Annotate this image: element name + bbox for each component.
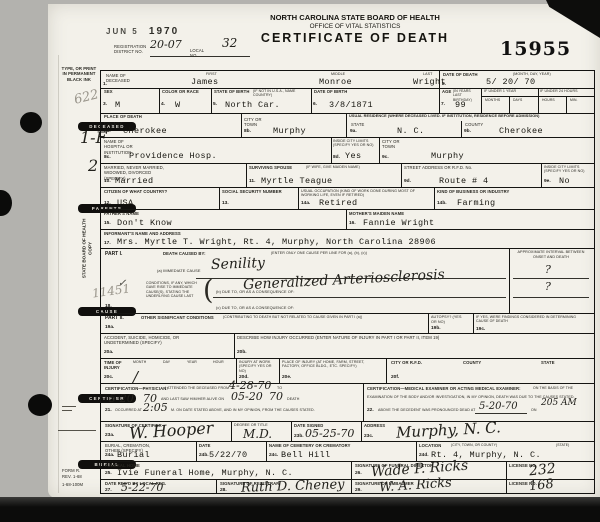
year-label: YEAR (187, 360, 197, 364)
inside-limits2-value: No (559, 176, 570, 186)
birth-state-sub: (IF NOT IN U.S.A., NAME COUNTRY) (253, 89, 305, 98)
rule (416, 441, 417, 461)
print-instruction: TYPE, OR PRINT IN PERMANENT BLACK INK (60, 66, 98, 82)
industry-label: KIND OF BUSINESS OR INDUSTRY (437, 189, 527, 194)
item-11: 11. (249, 179, 255, 184)
burial-type-value: Burial (117, 450, 150, 460)
date-of-death-sub: (MONTH, DAY, YEAR) (513, 72, 551, 76)
death-time-value: 2:05 (143, 401, 168, 414)
burial-date-value: 5/22/70 (209, 450, 248, 460)
sex-value: M (115, 100, 121, 110)
embalmer-license-value: 168 (528, 477, 554, 495)
residence-county-label: COUNTY (465, 122, 483, 127)
accident-label: ACCIDENT, SUICIDE, HOMICIDE, OR UNDETERM… (104, 335, 214, 346)
rule (159, 88, 160, 113)
occurred-at-text: OCCURRED AT (115, 408, 142, 412)
race-label: COLOR OR RACE (162, 89, 202, 94)
rule (234, 333, 235, 358)
usual-residence-label: USUAL RESIDENCE (WHERE DECEASED LIVED. I… (349, 114, 589, 119)
attended-text: I ATTENDED THE DECEASED FROM (165, 386, 229, 390)
item-14b: 14b. (437, 201, 447, 206)
days-label: DAYS (513, 98, 522, 102)
city-rfd-label: CITY OR R.F.D. (391, 360, 422, 365)
item-20e: 20e. (282, 375, 291, 380)
inside-limits2-label: INSIDE CITY LIMITS (SPECIFY YES OR NO) (544, 165, 586, 174)
form-revision: REV. 1-68 (62, 474, 82, 479)
conditions-note: CONDITIONS, IF ANY, WHICH GAVE RISE TO I… (146, 281, 202, 299)
punch-hole (28, 394, 52, 416)
date-received-value: 5-22-70 (121, 481, 163, 494)
death-word: DEATH (287, 397, 299, 401)
paper-crease (58, 55, 59, 493)
rule (361, 421, 362, 441)
registration-district-value: 20-07 (150, 38, 182, 51)
scanned-death-certificate: JUN 5 1970 NORTH CAROLINA STATE BOARD OF… (0, 0, 600, 522)
certification-physician-label: CERTIFICATION—PHYSICIAN: (105, 386, 168, 391)
rule (541, 163, 542, 187)
certificate-number: 15955 (500, 38, 571, 60)
months-label: MONTHS (485, 98, 500, 102)
hour-label: HOUR (213, 360, 224, 364)
injury-county-label: COUNTY (463, 360, 481, 365)
item-24c: 24c. (269, 453, 278, 458)
item-15: 15. (104, 221, 111, 226)
rule (101, 313, 594, 314)
rule (346, 113, 347, 137)
spouse-label: SURVIVING SPOUSE (249, 165, 292, 170)
item-9e: 9e. (544, 179, 551, 184)
death-county-label: COUNTY (104, 121, 122, 126)
certification-examiner-label: CERTIFICATION—MEDICAL EXAMINER OR ACTING… (367, 386, 527, 391)
attended-to-value: 5-20 (109, 392, 134, 405)
punch-hole (0, 190, 12, 216)
item-24d: 24d. (419, 453, 429, 458)
first-name-value: James (191, 77, 219, 87)
injury-state-label: STATE (541, 360, 555, 365)
rule (101, 441, 594, 442)
age-label: AGE (442, 89, 451, 94)
other-conditions-label: OTHER SIGNIFICANT CONDITIONS (141, 315, 214, 320)
month-label: MONTH (133, 360, 146, 364)
rule (246, 163, 247, 187)
citizen-value: USA (117, 198, 134, 208)
rule (101, 229, 594, 230)
copy-designation: STATE BOARD OF HEALTH COPY (82, 216, 95, 280)
rule (401, 163, 402, 187)
on-word: ON (531, 408, 537, 412)
item-14a: 14a. (301, 201, 310, 206)
rule (279, 358, 280, 383)
residence-state-value: N. C. (397, 126, 425, 136)
degree-value: M.D. (243, 427, 272, 441)
registration-district-label: REGISTRATION DISTRICT NO. (114, 44, 148, 55)
cemetery-label: NAME OF CEMETERY OR CREMATORY (269, 443, 350, 448)
hours-label: HOURS (542, 98, 555, 102)
other-conditions-sub: (CONTRIBUTING TO DEATH BUT NOT RELATED T… (223, 315, 413, 319)
interval-a-value: ? (545, 263, 551, 276)
rule (101, 479, 594, 480)
form-print-qty: 1-68-100M (62, 482, 83, 487)
location-sub2: (STATE) (556, 443, 569, 447)
rule (241, 113, 242, 137)
item-18: 18. (105, 304, 112, 309)
rule (461, 121, 462, 137)
item-9b: 9b. (464, 129, 471, 134)
item-8d: 8d. (333, 155, 340, 160)
local-no-value: 32 (222, 36, 237, 50)
rule (439, 88, 440, 113)
enter-only-label: (ENTER ONLY ONE CAUSE PER LINE FOR (a), … (271, 251, 367, 255)
rule (196, 441, 197, 461)
due-to-b-value: Generalized Arteriosclerosis (243, 267, 445, 294)
date-of-death-value: 5/ 20/ 70 (486, 77, 536, 87)
rule (331, 137, 332, 163)
item-28: 28. (220, 488, 227, 493)
rule (101, 163, 594, 164)
first-header: FIRST (206, 72, 217, 76)
pronounced-date-value: 5-20-70 (479, 401, 518, 412)
occurred-rest-text: M. ON DATE STATED ABOVE, AND IN MY OPINI… (171, 408, 356, 412)
alive-year-value: 70 (269, 390, 283, 403)
burial-date-label: DATE (199, 443, 211, 448)
spouse-value: Myrtle Teague (261, 176, 333, 186)
certificate-title: CERTIFICATE OF DEATH (250, 31, 460, 45)
item-12: 12. (104, 201, 111, 206)
item-5: 5. (213, 102, 217, 107)
rule (509, 96, 510, 113)
cemetery-value: Bell Hill (281, 450, 331, 460)
item-16: 16. (349, 221, 356, 226)
rule (211, 88, 212, 113)
item-8c: 8c. (104, 155, 111, 160)
item-10: 10. (104, 179, 111, 184)
place-of-injury-label: PLACE OF INJURY (AT HOME, FARM, STREET, … (282, 360, 382, 369)
item-9a: 9a. (350, 129, 357, 134)
under-1-year-label: IF UNDER 1 YEAR (484, 89, 534, 93)
birth-state-label: STATE OF BIRTH (214, 89, 249, 94)
part2-label: PART II. (105, 315, 124, 321)
board-name: NORTH CAROLINA STATE BOARD OF HEALTH (250, 13, 460, 22)
address-label: ADDRESS (364, 423, 385, 428)
item-23a: 23a. (105, 433, 114, 438)
item-21: 21. (105, 408, 112, 413)
brace-glyph: ( (203, 275, 214, 306)
marital-value: Married (115, 176, 154, 186)
punch-hole (20, 112, 42, 133)
rule (101, 461, 594, 462)
mother-label: MOTHER'S MAIDEN NAME (349, 211, 404, 216)
rule (216, 479, 217, 493)
margin-mark (62, 406, 76, 407)
item-6: 6. (313, 102, 317, 107)
name-of-deceased-label: NAME OF DECEASED (106, 73, 140, 84)
item-23c: 23c. (364, 434, 373, 439)
rule (509, 248, 510, 313)
funeral-home-value: Ivie Funeral Home, Murphy, N. C. (117, 468, 293, 478)
margin-mark (62, 410, 72, 411)
due-to-c-label: (c) DUE TO, OR AS A CONSEQUENCE OF: (216, 306, 294, 311)
certificate-form: NAME OF DECEASED 1. FIRST MIDDLE LAST Ja… (100, 70, 595, 494)
rule (219, 187, 220, 209)
received-date-stamp: JUN 5 1970 (106, 26, 179, 37)
item-3: 3. (103, 102, 107, 107)
cause-line-b (213, 297, 506, 298)
hospital-value: Providence Hosp. (129, 151, 217, 161)
date-of-death-label: DATE OF DEATH (443, 72, 478, 77)
father-label: FATHER'S NAME (104, 211, 139, 216)
item-25: 25. (105, 471, 112, 476)
item-7: 7. (441, 102, 445, 107)
injury-at-work-label: INJURY AT WORK (SPECIFY YES OR NO) (239, 360, 275, 373)
rule (386, 358, 387, 383)
spouse-sub: (IF WIFE, GIVE MAIDEN NAME) (306, 165, 361, 169)
interval-header: APPROXIMATE INTERVAL BETWEEN ONSET AND D… (515, 250, 587, 259)
location-label: LOCATION (419, 443, 441, 448)
residence-county-value: Cherokee (499, 126, 543, 136)
informant-value: Mrs. Myrtle T. Wright, Rt. 4, Murphy, No… (117, 237, 436, 247)
caused-by-label: DEATH CAUSED BY: (163, 251, 206, 256)
item-19a: 19a. (105, 325, 114, 330)
location-sub1: (CITY, TOWN, OR COUNTY) (451, 443, 497, 447)
rule (481, 88, 482, 113)
rule (101, 187, 594, 188)
place-of-death-label: PLACE OF DEATH (104, 114, 142, 119)
rule (101, 137, 594, 138)
item-20c: 20c. (104, 375, 113, 380)
item-4: 4. (161, 102, 165, 107)
interval-b-value: ? (545, 280, 551, 293)
item-20f: 20f. (391, 375, 399, 380)
rule (231, 421, 232, 441)
item-2: 2. (442, 82, 446, 87)
findings-label: IF YES, WERE FINDINGS CONSIDERED IN DETE… (476, 315, 586, 324)
item-24a: 24a. (105, 453, 114, 458)
item-22: 22. (367, 408, 374, 413)
item-19b: 19b. (431, 326, 441, 331)
rule (506, 461, 507, 479)
informant-label: INFORMANT'S NAME AND ADDRESS (104, 231, 181, 236)
interval-line-b (513, 297, 589, 298)
street-value: Route # 4 (439, 176, 489, 186)
rule (298, 187, 299, 209)
rule (538, 88, 539, 113)
scan-background (0, 497, 600, 522)
item-20a: 20a. (104, 350, 113, 355)
item-23b: 23b. (294, 434, 304, 439)
occupation-label: USUAL OCCUPATION (KIND OF WORK DONE DURI… (301, 189, 421, 198)
rule (291, 421, 292, 441)
rule (379, 137, 380, 163)
last-saw-text: AND LAST SAW HIM/HER ALIVE ON (161, 397, 224, 401)
industry-value: Farming (457, 198, 496, 208)
pronounced-text: ABOVE THE DECEDENT WAS PRONOUNCED DEAD A… (378, 408, 483, 412)
middle-name-value: Monroe (319, 77, 352, 87)
sex-label: SEX (104, 89, 113, 94)
race-value: W (175, 100, 181, 110)
residence-city-label: CITY OR TOWN (382, 139, 406, 150)
rule (428, 313, 429, 333)
item-1: 1. (103, 82, 107, 87)
residence-state-label: STATE (351, 122, 364, 127)
rule (566, 96, 567, 113)
rule (351, 479, 352, 493)
rule (101, 358, 594, 359)
item-8b: 8b. (244, 129, 251, 134)
immediate-cause-value: Senility (211, 255, 265, 273)
citizen-label: CITIZEN OF WHAT COUNTRY? (104, 189, 167, 194)
death-county-value: Cherokee (123, 126, 167, 136)
inside-limits-label: INSIDE CITY LIMITS (SPECIFY YES OR NO) (333, 139, 375, 148)
date-signed-value: 05-25-70 (305, 427, 354, 440)
margin-note-2: 2 (88, 156, 98, 175)
item-8a: 8a. (104, 129, 111, 134)
birth-state-value: North Car. (225, 100, 280, 110)
rule (351, 461, 352, 479)
rule (101, 383, 594, 384)
rule (311, 88, 312, 113)
item-19c: 19c. (476, 327, 485, 332)
item-27: 27. (105, 488, 112, 493)
pronounced-underline (475, 413, 527, 414)
dob-value: 3/8/1871 (329, 100, 373, 110)
autopsy-label: AUTOPSY? (YES OR NO) (431, 315, 463, 324)
rule (101, 333, 594, 334)
item-13: 13. (222, 201, 229, 206)
rule (434, 187, 435, 209)
rule (101, 248, 594, 249)
street-label: STREET ADDRESS OR R.F.D. No. (404, 165, 484, 170)
item-20b: 20b. (237, 350, 247, 355)
time-of-injury-label: TIME OF INJURY (104, 360, 126, 371)
under-24-hours-label: IF UNDER 24 HOURS (540, 89, 592, 93)
rule (363, 383, 364, 421)
rule (346, 209, 347, 229)
item-29: 29. (355, 488, 362, 493)
age-value: 99 (455, 100, 466, 110)
rule (506, 479, 507, 493)
inside-limits-value: Yes (345, 151, 362, 161)
dob-label: DATE OF BIRTH (314, 89, 347, 94)
rule (266, 441, 267, 461)
item-17: 17. (104, 241, 111, 246)
registrar-signature: Ruth D. Cheney (241, 477, 345, 496)
item-9c: 9c. (382, 155, 389, 160)
basis-text: ON THE BASIS OF THE (533, 386, 588, 390)
part1-label: PART I. (105, 251, 122, 257)
pronounced-time-value: 205 AM (541, 398, 577, 408)
middle-header: MIDDLE (331, 72, 345, 76)
rule (473, 313, 474, 333)
last-header: LAST (423, 72, 432, 76)
day-label: DAY (163, 360, 170, 364)
immediate-cause-label: (a) IMMEDIATE CAUSE (157, 269, 201, 274)
alive-date-value: 05-20 (231, 390, 263, 403)
ssn-label: SOCIAL SECURITY NUMBER (222, 189, 282, 194)
describe-injury-label: DESCRIBE HOW INJURY OCCURRED (ENTER NATU… (237, 335, 537, 340)
interval-line-a (513, 278, 589, 279)
occupation-value: Retired (319, 198, 358, 208)
margin-signature-line (58, 430, 96, 431)
registration-underline (150, 56, 250, 57)
form-number: FORM R. (62, 468, 80, 473)
death-city-value: Murphy (273, 126, 306, 136)
min-label: MIN. (570, 98, 578, 102)
office-name: OFFICE OF VITAL STATISTICS (250, 23, 460, 30)
residence-city-value: Murphy (431, 151, 464, 161)
rule (101, 209, 594, 210)
father-value: Don't Know (117, 218, 172, 228)
item-9d: 9d. (404, 179, 411, 184)
item-26: 26. (355, 471, 362, 476)
mother-value: Fannie Wright (363, 218, 435, 228)
item-24b: 24b. (199, 453, 209, 458)
death-city-label: CITY OR TOWN (244, 117, 266, 128)
